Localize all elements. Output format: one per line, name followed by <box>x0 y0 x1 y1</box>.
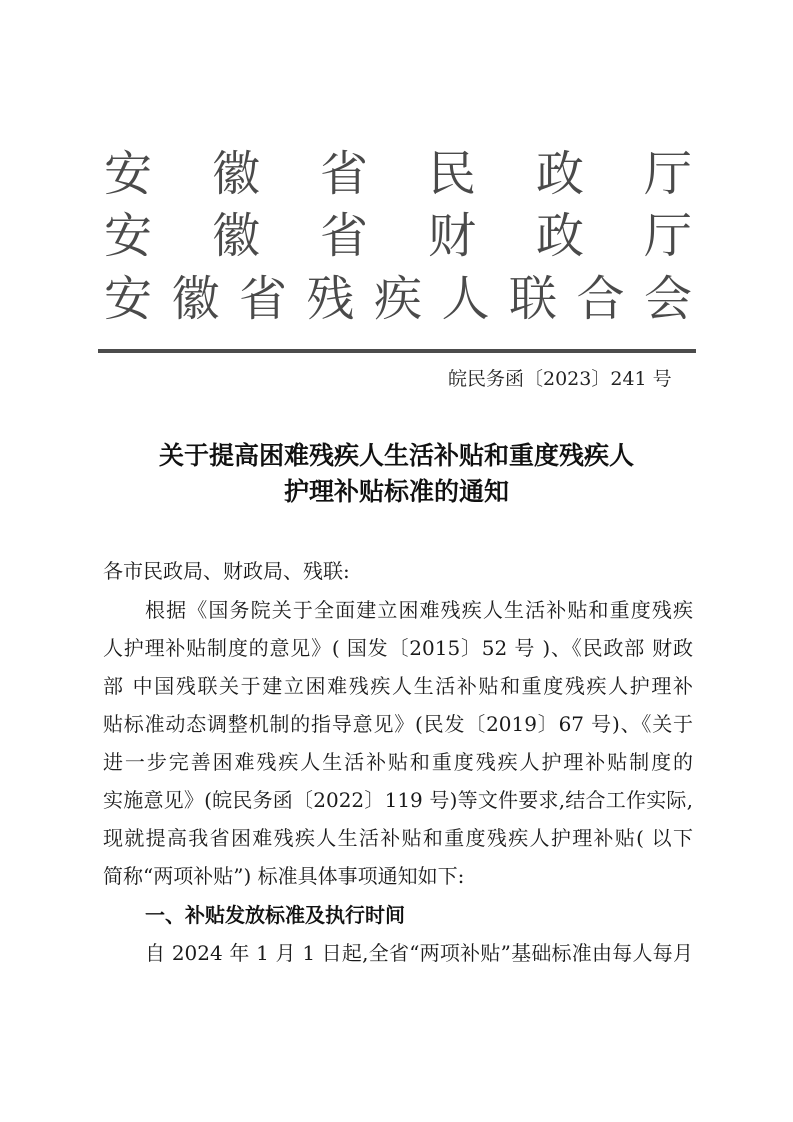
org-char: 会 <box>643 273 693 325</box>
header-divider <box>98 349 696 353</box>
org-char: 残 <box>306 273 356 325</box>
document-page: 安 徽 省 民 政 厅 安 徽 省 财 政 厅 安 徽 省 残 疾 人 联 合 … <box>0 0 793 1122</box>
paragraph-line: 根据《国务院关于全面建立困难残疾人生活补贴和重度残疾 <box>145 597 693 623</box>
org-char: 厅 <box>643 210 693 262</box>
document-number: 皖民务函〔2023〕241 号 <box>448 367 672 391</box>
org-char: 财 <box>427 210 477 262</box>
org-char: 厅 <box>643 148 693 200</box>
paragraph-line: 进一步完善困难残疾人生活补贴和重度残疾人护理补贴制度的 <box>103 749 693 775</box>
org-char: 省 <box>319 210 369 262</box>
org-civil-affairs: 安 徽 省 民 政 厅 <box>103 148 693 200</box>
org-char: 安 <box>103 148 153 200</box>
org-char: 民 <box>427 148 477 200</box>
org-char: 疾 <box>373 273 423 325</box>
org-char: 人 <box>441 273 491 325</box>
salutation: 各市民政局、财政局、残联: <box>103 558 693 584</box>
document-title-line-2: 护理补贴标准的通知 <box>0 476 793 508</box>
org-char: 省 <box>238 273 288 325</box>
paragraph-line: 部 中国残联关于建立困难残疾人生活补贴和重度残疾人护理补 <box>103 673 693 699</box>
org-char: 省 <box>319 148 369 200</box>
org-char: 政 <box>535 148 585 200</box>
org-disabled-persons-federation: 安 徽 省 残 疾 人 联 合 会 <box>103 273 693 325</box>
document-title-line-1: 关于提高困难残疾人生活补贴和重度残疾人 <box>0 440 793 472</box>
org-char: 政 <box>535 210 585 262</box>
org-char: 徽 <box>211 148 261 200</box>
org-char: 徽 <box>211 210 261 262</box>
org-char: 徽 <box>171 273 221 325</box>
org-char: 联 <box>508 273 558 325</box>
paragraph-line: 简称“两项补贴”) 标准具体事项通知如下: <box>103 863 693 889</box>
paragraph-line: 人护理补贴制度的意见》( 国发〔2015〕52 号 )、《民政部 财政 <box>103 635 693 661</box>
section-heading: 一、补贴发放标准及执行时间 <box>145 902 405 928</box>
org-finance: 安 徽 省 财 政 厅 <box>103 210 693 262</box>
org-char: 安 <box>103 210 153 262</box>
org-char: 安 <box>103 273 153 325</box>
paragraph-line: 现就提高我省困难残疾人生活补贴和重度残疾人护理补贴( 以下 <box>103 825 693 851</box>
paragraph-line: 实施意见》(皖民务函〔2022〕119 号)等文件要求,结合工作实际, <box>103 787 693 813</box>
paragraph-line: 自 2024 年 1 月 1 日起,全省“两项补贴”基础标准由每人每月 <box>145 940 693 966</box>
org-char: 合 <box>576 273 626 325</box>
paragraph-line: 贴标准动态调整机制的指导意见》(民发〔2019〕67 号)、《关于 <box>103 711 693 737</box>
